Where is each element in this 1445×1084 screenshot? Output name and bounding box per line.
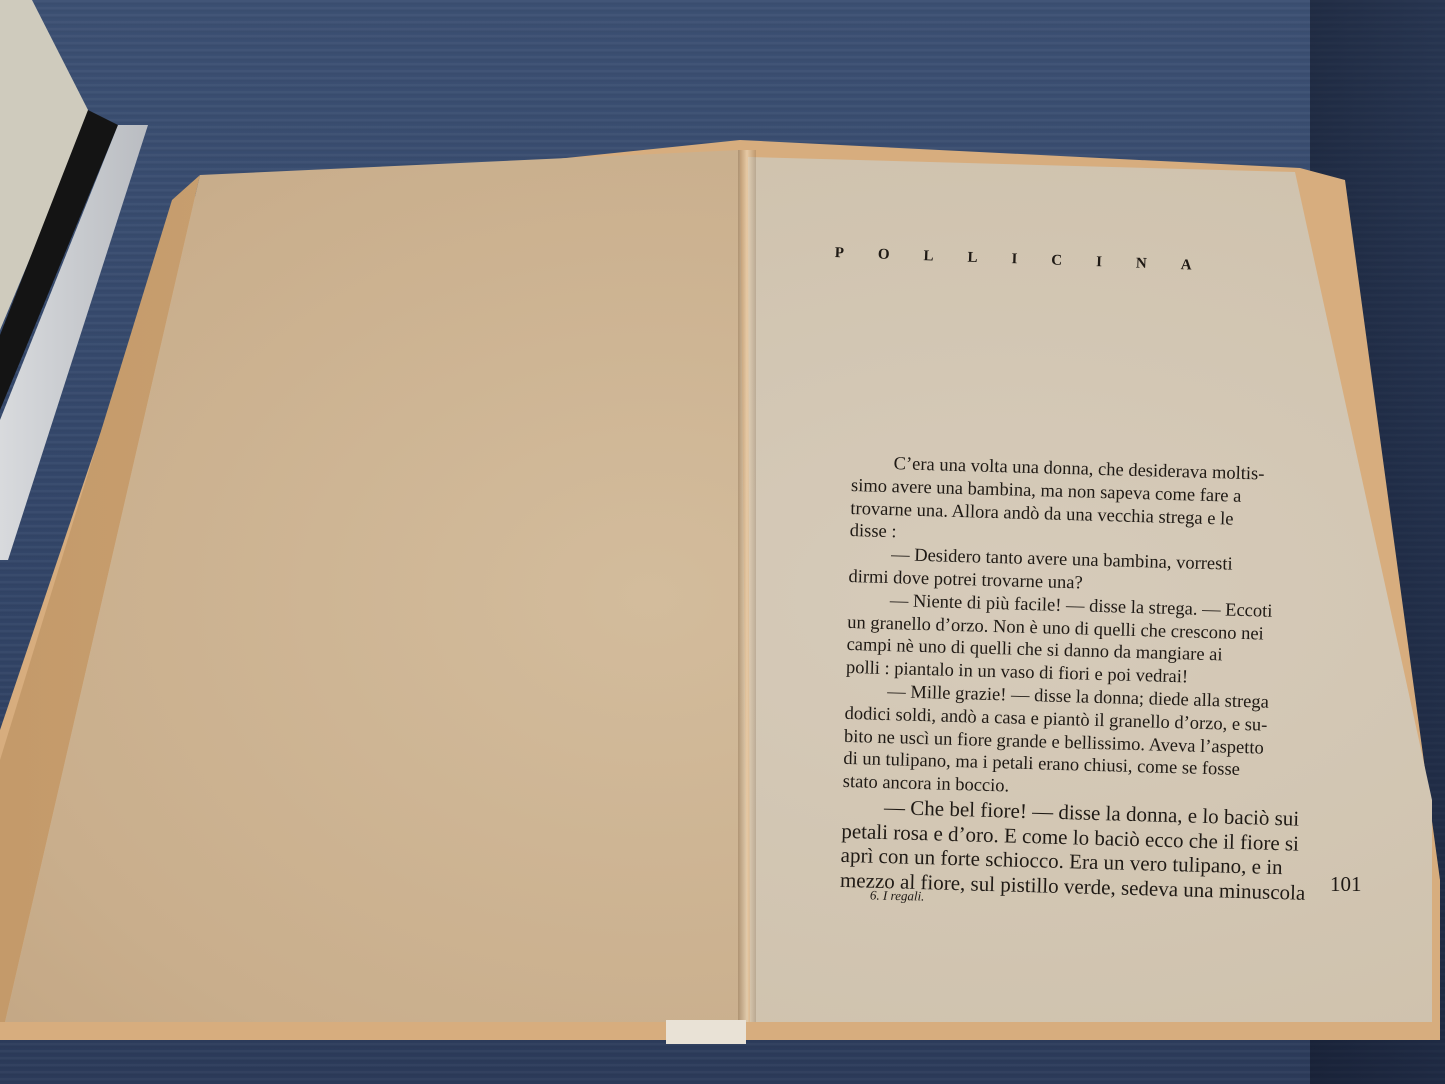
title-letter: L: [967, 250, 978, 267]
chapter-title: P O L L I C I N A: [834, 245, 1191, 274]
title-letter: A: [1180, 257, 1191, 274]
title-letter: P: [834, 245, 844, 262]
title-letter: I: [1096, 254, 1102, 271]
title-letter: L: [923, 248, 934, 265]
title-letter: I: [1011, 251, 1017, 268]
right-page-text: P O L L I C I N A C’era una volta una do…: [0, 0, 1445, 1084]
story-text: C’era una volta una donna, che desiderav…: [840, 452, 1352, 906]
signature-mark: 6. I regali.: [870, 887, 925, 904]
title-letter: O: [878, 247, 890, 264]
title-letter: C: [1051, 253, 1062, 270]
title-letter: N: [1136, 256, 1147, 273]
page-number: 101: [1330, 872, 1362, 897]
